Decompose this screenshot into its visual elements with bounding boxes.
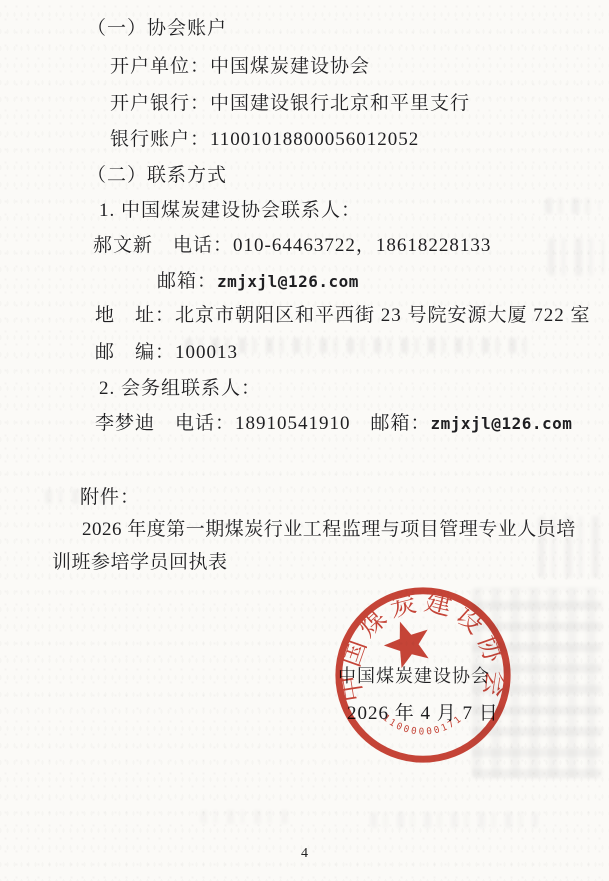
email-label: 邮箱： (157, 271, 217, 292)
scanned-document-page: （一）协会账户 开户单位：中国煤炭建设协会 开户银行：中国建设银行北京和平里支行… (0, 0, 609, 881)
email-address: zmjxjl@126.com (431, 414, 573, 433)
contact1-phone-line: 郝文新 电话：010-64463722，18618228133 (93, 235, 491, 258)
contact1-email-line: 邮箱：zmjxjl@126.com (157, 271, 359, 294)
account-holder-line: 开户单位：中国煤炭建设协会 (110, 56, 370, 79)
contact2-label: 李梦迪 电话：18910541910 邮箱： (95, 413, 431, 434)
association-contact-heading: 1. 中国煤炭建设协会联系人： (99, 200, 361, 223)
email-address: zmjxjl@126.com (217, 272, 359, 291)
bank-account-line: 银行账户：11001018800056012052 (110, 129, 419, 152)
page-number: 4 (0, 846, 609, 862)
attachment-label: 附件： (80, 487, 140, 510)
official-seal: 中国煤炭建设协会 11000000171 (330, 582, 516, 768)
bleedthrough-smudge (548, 238, 604, 276)
attachment-title-line1: 2026 年度第一期煤炭行业工程监理与项目管理专业人员培 (82, 519, 576, 542)
address-line: 地 址：北京市朝阳区和平西街 23 号院安源大厦 722 室 (95, 305, 591, 328)
section-heading-association-account: （一）协会账户 (87, 18, 227, 41)
group-contact-heading: 2. 会务组联系人： (99, 378, 261, 401)
bleedthrough-smudge (200, 810, 290, 824)
seal-arc-text: 中国煤炭建设协会 (334, 586, 512, 704)
section-heading-contact-info: （二）联系方式 (87, 165, 227, 188)
contact2-line: 李梦迪 电话：18910541910 邮箱：zmjxjl@126.com (95, 413, 572, 436)
postal-code-line: 邮 编：100013 (95, 342, 238, 365)
bank-name-line: 开户银行：中国建设银行北京和平里支行 (110, 93, 470, 116)
bleedthrough-smudge (545, 198, 600, 214)
seal-code-digits: 11000000171 (380, 712, 465, 737)
bleedthrough-smudge (370, 812, 538, 828)
attachment-title-line2: 训班参培学员回执表 (52, 552, 228, 575)
